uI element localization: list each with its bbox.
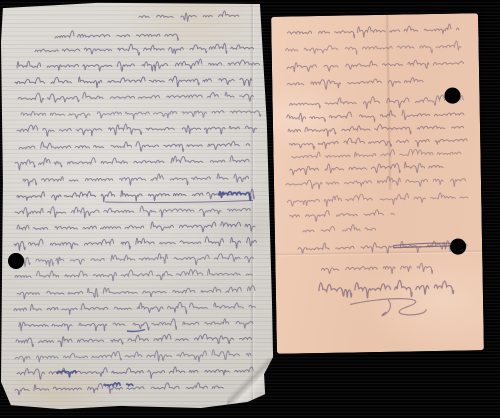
handwriting-line bbox=[287, 109, 472, 123]
underline-stroke bbox=[127, 330, 145, 332]
handwriting-line bbox=[286, 175, 473, 189]
handwriting-left bbox=[1, 2, 275, 410]
handwriting-line bbox=[35, 43, 259, 55]
handwriting-line bbox=[15, 76, 257, 87]
handwriting-line bbox=[15, 383, 227, 395]
punch-hole-left bbox=[8, 253, 24, 269]
handwriting-line bbox=[287, 24, 463, 39]
handwriting-line bbox=[287, 59, 468, 72]
scene-description: Photograph of a two-page handwritten Ger… bbox=[0, 0, 1, 1]
handwriting-line bbox=[19, 319, 258, 331]
handwriting-line bbox=[14, 237, 261, 251]
handwriting-line bbox=[16, 334, 259, 347]
handwriting-line bbox=[286, 41, 466, 56]
handwriting-line bbox=[303, 224, 381, 232]
handwriting-line bbox=[15, 206, 255, 218]
handwriting-line bbox=[289, 209, 399, 222]
underline-stroke bbox=[105, 201, 253, 203]
handwriting-line bbox=[18, 92, 261, 102]
handwriting-right bbox=[271, 13, 484, 354]
handwriting-line bbox=[21, 111, 266, 120]
strikethrough-word bbox=[393, 243, 458, 248]
dark-overwritten-word bbox=[57, 371, 84, 377]
handwriting-line bbox=[17, 222, 262, 232]
handwriting-line bbox=[15, 350, 255, 362]
handwriting-line bbox=[55, 31, 184, 41]
handwriting-line bbox=[23, 174, 254, 186]
handwriting-line bbox=[319, 279, 459, 298]
letter-page-right bbox=[271, 13, 484, 354]
photo-of-letters: Photograph of a two-page handwritten Ger… bbox=[0, 0, 500, 418]
handwriting-line bbox=[14, 302, 262, 314]
handwriting-line bbox=[16, 254, 259, 267]
handwriting-line bbox=[15, 269, 257, 281]
dark-overwritten-word bbox=[104, 383, 138, 386]
vertical-crease-right-page bbox=[385, 15, 392, 190]
handwriting-line bbox=[289, 95, 468, 110]
letter-page-left bbox=[1, 2, 275, 410]
handwriting-line bbox=[287, 192, 474, 207]
handwriting-line bbox=[17, 286, 260, 299]
handwriting-line bbox=[288, 123, 469, 137]
handwriting-line bbox=[19, 141, 256, 151]
signature-flourish bbox=[350, 298, 426, 316]
crumpled-corner bbox=[227, 358, 273, 410]
handwriting-line bbox=[139, 11, 242, 22]
handwriting-line bbox=[15, 156, 254, 170]
handwriting-line bbox=[291, 148, 466, 158]
handwriting-line bbox=[17, 124, 264, 136]
handwriting-line bbox=[287, 77, 430, 90]
vertical-crease-left-page bbox=[250, 2, 255, 410]
handwriting-line bbox=[290, 161, 449, 175]
handwriting-line bbox=[17, 367, 258, 379]
punch-hole-right-top bbox=[444, 88, 460, 104]
handwriting-line bbox=[17, 59, 265, 71]
handwriting-line bbox=[289, 136, 473, 150]
handwriting-line bbox=[321, 263, 438, 276]
handwriting-line bbox=[17, 189, 258, 202]
